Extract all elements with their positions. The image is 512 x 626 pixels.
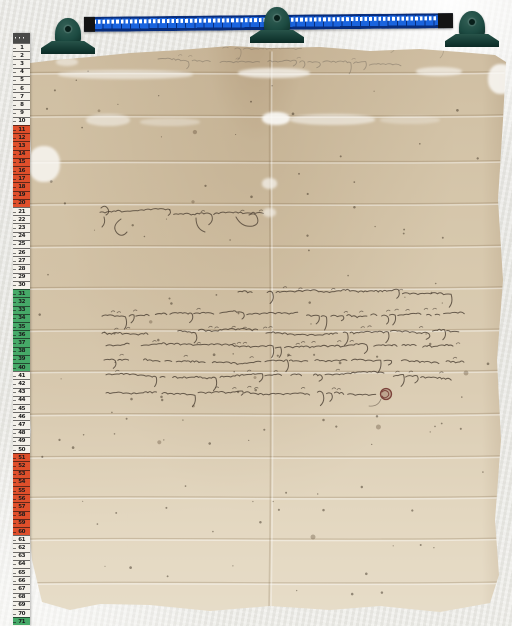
ruler-cm-mark-51: 51: [13, 453, 30, 461]
ruler-cm-mark-12: 12: [13, 133, 30, 141]
ruler-cm-mark-22: 22: [13, 215, 30, 223]
ruler-cm-mark-55: 55: [13, 486, 30, 494]
ruler-cm-mark-47: 47: [13, 420, 30, 428]
ruler-cm-mark-66: 66: [13, 576, 30, 584]
binder-clip-icon: [445, 11, 499, 47]
ruler-cm-mark-15: 15: [13, 158, 30, 166]
ruler-cm-mark-49: 49: [13, 437, 30, 445]
ruler-cm-mark-48: 48: [13, 429, 30, 437]
fold-crease-highlight: [30, 457, 504, 458]
ruler-cm-mark-5: 5: [13, 76, 30, 84]
clip-base: [445, 34, 499, 47]
flourish-tibetan-heading: [236, 214, 258, 226]
handwriting-layer: [0, 0, 512, 626]
archival-photo-scene: 1234567891011121314151617181920212223242…: [0, 0, 512, 626]
paper-damage-patch: [238, 68, 310, 78]
ruler-cm-mark-60: 60: [13, 527, 30, 535]
fold-crease: [30, 496, 504, 497]
binder-clip-icon: [250, 7, 304, 43]
vowel-marks-body-line-3: [115, 326, 423, 329]
flourish-tibetan-heading: [196, 218, 205, 232]
ruler-cm-mark-67: 67: [13, 584, 30, 592]
ruler-cm-mark-20: 20: [13, 199, 30, 207]
ruler-cm-mark-34: 34: [13, 314, 30, 322]
ruler-cm-mark-36: 36: [13, 330, 30, 338]
ruler-cm-mark-35: 35: [13, 322, 30, 330]
ruler-cm-mark-8: 8: [13, 100, 30, 108]
ruler-cm-mark-37: 37: [13, 338, 30, 346]
ruler-cm-mark-26: 26: [13, 248, 30, 256]
fold-crease-highlight: [30, 540, 504, 541]
ruler-cm-mark-41: 41: [13, 371, 30, 379]
clip-hinge-hole: [274, 15, 280, 21]
ruler-cm-mark-57: 57: [13, 502, 30, 510]
paper-damage-patch: [262, 112, 290, 125]
handwriting-tibetan-heading: [100, 209, 263, 225]
fold-crease: [30, 287, 504, 288]
ruler-cm-mark-14: 14: [13, 150, 30, 158]
fold-crease: [30, 538, 504, 539]
ruler-cm-mark-52: 52: [13, 461, 30, 469]
ruler-cm-mark-9: 9: [13, 109, 30, 117]
ruler-cm-mark-45: 45: [13, 404, 30, 412]
ruler-cm-mark-46: 46: [13, 412, 30, 420]
paper-damage-patch: [28, 146, 60, 182]
ruler-cm-mark-4: 4: [13, 68, 30, 76]
ruler-cm-mark-29: 29: [13, 273, 30, 281]
ruler-cm-mark-11: 11: [13, 125, 30, 133]
ruler-cm-mark-24: 24: [13, 232, 30, 240]
fold-crease-highlight: [30, 247, 504, 248]
ruler-cm-mark-64: 64: [13, 560, 30, 568]
ruler-cm-mark-17: 17: [13, 174, 30, 182]
ruler-cm-mark-54: 54: [13, 478, 30, 486]
ruler-cm-mark-7: 7: [13, 92, 30, 100]
handwriting-body-line-5: [104, 359, 464, 372]
fold-crease: [30, 160, 504, 161]
fold-crease: [30, 329, 504, 330]
paper-damage-patch: [140, 118, 200, 126]
vowel-marks-archival-note-2: [178, 55, 355, 60]
clip-base: [41, 41, 95, 54]
seal-tail-flourish: [369, 399, 381, 406]
ruler-cm-mark-69: 69: [13, 601, 30, 609]
vowel-marks-tibetan-heading: [201, 210, 263, 212]
ruler-cm-mark-6: 6: [13, 84, 30, 92]
fold-crease-highlight: [30, 162, 504, 163]
paper-damage-patch: [262, 178, 277, 189]
ruler-cm-mark-13: 13: [13, 141, 30, 149]
ruler-cm-mark-68: 68: [13, 593, 30, 601]
clip-hinge-hole: [65, 26, 71, 32]
manuscript-paper: [0, 0, 512, 626]
fold-crease: [30, 370, 504, 371]
ruler-cm-mark-27: 27: [13, 256, 30, 264]
ruler-cm-mark-53: 53: [13, 470, 30, 478]
fold-crease: [30, 456, 504, 457]
ruler-cm-mark-3: 3: [13, 59, 30, 67]
ruler-cm-mark-63: 63: [13, 552, 30, 560]
fold-crease-highlight: [30, 372, 504, 373]
ruler-cm-mark-70: 70: [13, 609, 30, 617]
paper-damage-patch: [380, 116, 440, 124]
flourish-tibetan-heading: [101, 206, 109, 215]
fold-crease: [30, 582, 504, 583]
ruler-cm-mark-59: 59: [13, 519, 30, 527]
clip-base: [250, 30, 304, 43]
handwriting-body-line-2: [102, 311, 464, 330]
ruler-cm-mark-16: 16: [13, 166, 30, 174]
ruler-cm-mark-25: 25: [13, 240, 30, 248]
paper-damage-patch: [263, 208, 276, 217]
handwriting-body-line-4: [106, 343, 453, 358]
fold-crease-highlight: [30, 498, 504, 499]
ruler-cm-mark-33: 33: [13, 306, 30, 314]
ruler-cm-mark-18: 18: [13, 182, 30, 190]
ruler-cm-mark-10: 10: [13, 117, 30, 125]
handwriting-body-line-6: [106, 371, 451, 390]
ruler-cm-mark-58: 58: [13, 511, 30, 519]
vertical-scale-ruler: 1234567891011121314151617181920212223242…: [13, 33, 30, 626]
ruler-cm-mark-21: 21: [13, 207, 30, 215]
paper-damage-patch: [416, 67, 462, 76]
fold-crease-highlight: [30, 415, 504, 416]
paper-damage-patch: [290, 114, 375, 125]
ruler-cm-mark-50: 50: [13, 445, 30, 453]
paper-damage-patch: [58, 70, 193, 79]
fold-crease: [30, 413, 504, 414]
ruler-cm-mark-42: 42: [13, 379, 30, 387]
paper-blotches: [98, 109, 469, 539]
clip-hinge-hole: [469, 19, 475, 25]
ruler-cm-mark-71: 71: [13, 617, 30, 625]
ruler-cm-mark-61: 61: [13, 535, 30, 543]
ruler-cm-mark-56: 56: [13, 494, 30, 502]
ruler-cm-mark-19: 19: [13, 191, 30, 199]
ruler-cm-mark-30: 30: [13, 281, 30, 289]
ruler-cm-mark-62: 62: [13, 543, 30, 551]
ruler-cm-mark-2: 2: [13, 51, 30, 59]
binder-clip-icon: [41, 18, 95, 54]
vowel-marks-body-line-4: [153, 340, 460, 344]
ruler-cm-mark-32: 32: [13, 297, 30, 305]
ruler-cm-mark-40: 40: [13, 363, 30, 371]
ruler-cm-mark-23: 23: [13, 223, 30, 231]
handwriting-body-line-7: [106, 391, 376, 407]
flourish-tibetan-heading: [102, 217, 105, 227]
vowel-marks-body-line-7: [215, 386, 340, 389]
ruler-header-label: [13, 33, 30, 43]
vowel-marks-body-line-2: [111, 308, 436, 313]
ruler-cm-mark-31: 31: [13, 289, 30, 297]
fold-crease-highlight: [30, 583, 504, 584]
fold-crease: [30, 203, 504, 204]
ruler-cm-mark-28: 28: [13, 264, 30, 272]
ruler-cm-mark-1: 1: [13, 43, 30, 51]
ruler-cm-mark-44: 44: [13, 396, 30, 404]
ruler-cm-mark-65: 65: [13, 568, 30, 576]
ruler-cm-mark-39: 39: [13, 355, 30, 363]
fold-crease-highlight: [30, 204, 504, 205]
ruler-cm-mark-38: 38: [13, 347, 30, 355]
paper-damage-patch: [86, 114, 130, 126]
ruler-cm-mark-43: 43: [13, 388, 30, 396]
flourish-tibetan-heading: [115, 219, 127, 235]
fold-crease: [30, 245, 504, 246]
fold-crease-highlight: [30, 288, 504, 289]
